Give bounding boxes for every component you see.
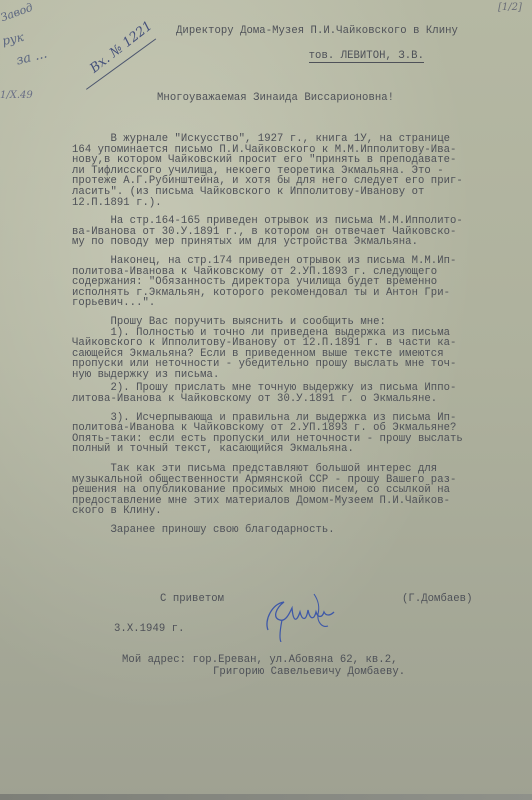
paragraph: На стр.164-165 приведен отрывок из письм…	[72, 216, 463, 248]
margin-note-4: 1/X.49	[0, 90, 33, 101]
text-line: Наконец, на стр.174 приведен отрывок из …	[72, 256, 463, 267]
text-line: ского в Клину.	[72, 506, 463, 517]
text-line: горьевич...".	[72, 298, 463, 309]
text-line: литова-Иванова к Чайковскому от 30.У.189…	[72, 394, 463, 405]
salutation: Многоуважаемая Зинаида Виссарионовна!	[157, 93, 394, 104]
text-line: Прошу Вас поручить выяснить и сообщить м…	[72, 317, 463, 328]
text-line: му по поводу мер принятых им для устройс…	[72, 237, 463, 248]
addressee-line-1: Директору Дома-Музея П.И.Чайковского в К…	[176, 26, 458, 37]
text-line: 12.П.1891 г.).	[72, 198, 463, 209]
paragraph: В журнале "Искусство", 1927 г., книга 1У…	[72, 134, 463, 208]
paragraph: Наконец, на стр.174 приведен отрывок из …	[72, 256, 463, 309]
registration-number: Вх. № 1221	[87, 19, 155, 77]
letter-body: В журнале "Искусство", 1927 г., книга 1У…	[72, 134, 463, 536]
typed-signature-name: (Г.Домбаев)	[402, 594, 472, 605]
archive-mark: [1/2]	[498, 2, 522, 13]
paragraph: 2). Прошу прислать мне точную выдержку и…	[72, 383, 463, 404]
paragraph: Прошу Вас поручить выяснить и сообщить м…	[72, 317, 463, 381]
address-line-1: Мой адрес: гор.Ереван, ул.Абовяна 62, кв…	[122, 655, 398, 666]
margin-note-1: Завод	[0, 1, 35, 25]
letter-date: 3.X.1949 г.	[114, 624, 184, 635]
letter-page: [1/2] Завод рук за ... 1/X.49 Вх. № 1221…	[0, 0, 532, 800]
margin-note-2: рук	[1, 30, 25, 48]
paragraph: Заранее приношу свою благодарность.	[72, 525, 463, 536]
text-line: ласить". (из письма Чайковского к Ипполи…	[72, 187, 463, 198]
margin-note-3: за ...	[15, 46, 49, 68]
addressee-line-2: тов. ЛЕВИТОН, З.В.	[283, 40, 424, 72]
text-line: полный и точный текст, касающийся Экмаль…	[72, 444, 463, 455]
text-line: ную выдержку из письма.	[72, 370, 463, 381]
paragraph: Так как эти письма представляют большой …	[72, 464, 463, 517]
addressee-name: тов. ЛЕВИТОН, З.В.	[309, 50, 424, 63]
text-line: В журнале "Искусство", 1927 г., книга 1У…	[72, 134, 463, 145]
paragraph: 3). Исчерпывающа и правильна ли выдержка…	[72, 413, 463, 455]
address-line-2: Григорию Савельевичу Домбаеву.	[213, 667, 405, 678]
closing: С приветом	[160, 594, 224, 605]
handwritten-signature	[262, 590, 340, 642]
page-bottom-edge	[0, 794, 532, 800]
text-line: Заранее приношу свою благодарность.	[72, 525, 463, 536]
